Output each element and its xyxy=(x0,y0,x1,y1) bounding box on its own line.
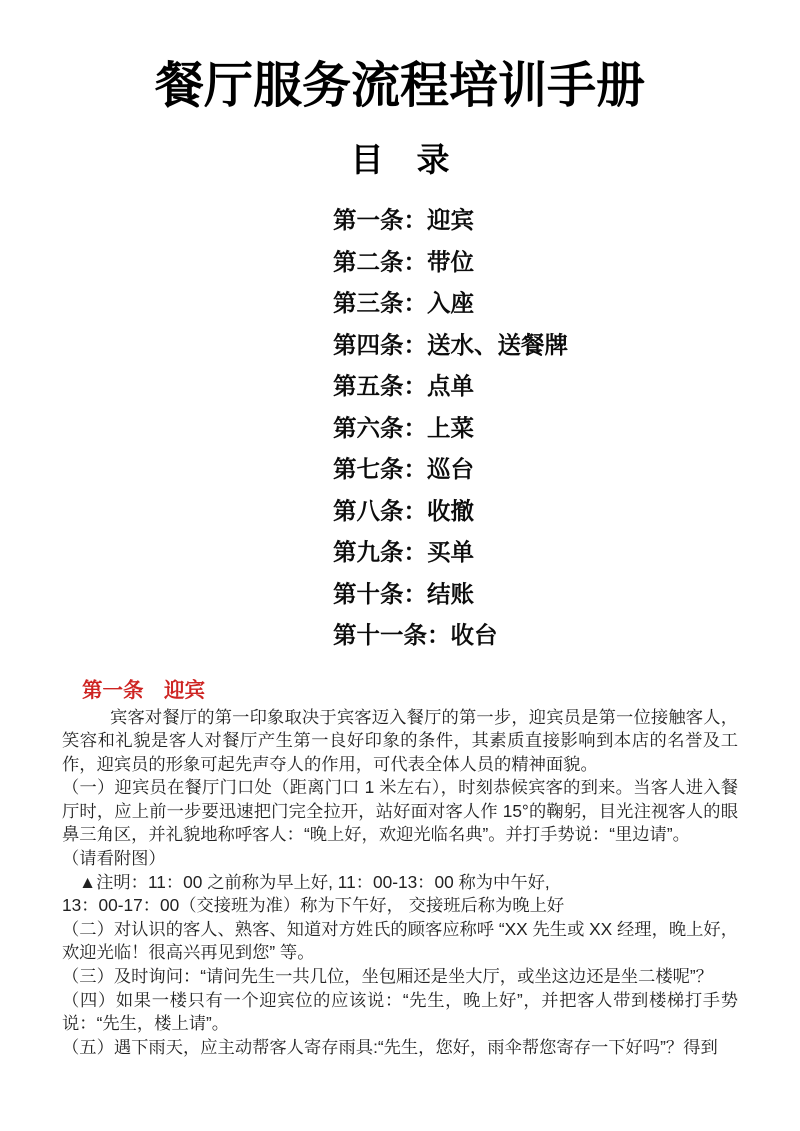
body-paragraph: （四）如果一楼只有一个迎宾位的应该说：“先生，晚上好”，并把客人带到楼梯打手势说… xyxy=(62,989,738,1036)
toc-item: 第十一条：收台 xyxy=(333,615,738,657)
document-title: 餐厅服务流程培训手册 xyxy=(62,0,738,116)
body-paragraph: 13：00-17：00（交接班为准）称为下午好， 交接班后称为晚上好 xyxy=(62,894,738,918)
toc-list: 第一条：迎宾第二条：带位第三条：入座第四条：送水、送餐牌第五条：点单第六条：上菜… xyxy=(333,200,738,657)
body-paragraph: （二）对认识的客人、熟客、知道对方姓氏的顾客应称呼 “XX 先生或 XX 经理，… xyxy=(62,918,738,965)
document-page: 餐厅服务流程培训手册 目 录 第一条：迎宾第二条：带位第三条：入座第四条：送水、… xyxy=(0,0,800,1131)
body-paragraph: （五）遇下雨天，应主动帮客人寄存雨具:“先生，您好，雨伞帮您寄存一下好吗”？得到 xyxy=(62,1036,738,1060)
toc-heading: 目 录 xyxy=(62,141,738,179)
toc-item: 第六条：上菜 xyxy=(333,408,738,450)
toc-item: 第八条：收撤 xyxy=(333,491,738,533)
body-paragraph: （请看附图） xyxy=(62,847,738,871)
body-paragraph: ▲注明：11：00 之前称为早上好, 11：00-13：00 称为中午好, xyxy=(62,871,738,895)
toc-item: 第一条：迎宾 xyxy=(333,200,738,242)
section-heading: 第一条 迎宾 xyxy=(82,677,738,704)
section-body: 宾客对餐厅的第一印象取决于宾客迈入餐厅的第一步，迎宾员是第一位接触客人，笑容和礼… xyxy=(62,706,738,1060)
toc-item: 第五条：点单 xyxy=(333,366,738,408)
toc-item: 第四条：送水、送餐牌 xyxy=(333,325,738,367)
toc-item: 第三条：入座 xyxy=(333,283,738,325)
body-paragraph: 宾客对餐厅的第一印象取决于宾客迈入餐厅的第一步，迎宾员是第一位接触客人，笑容和礼… xyxy=(62,706,738,777)
body-paragraph: （一）迎宾员在餐厅门口处（距离门口 1 米左右），时刻恭候宾客的到来。当客人进入… xyxy=(62,776,738,847)
toc-item: 第二条：带位 xyxy=(333,242,738,284)
toc-item: 第七条：巡台 xyxy=(333,449,738,491)
body-paragraph: （三）及时询问：“请问先生一共几位，坐包厢还是坐大厅，或坐这边还是坐二楼呢”？ xyxy=(62,965,738,989)
toc-item: 第九条：买单 xyxy=(333,532,738,574)
toc-item: 第十条：结账 xyxy=(333,574,738,616)
